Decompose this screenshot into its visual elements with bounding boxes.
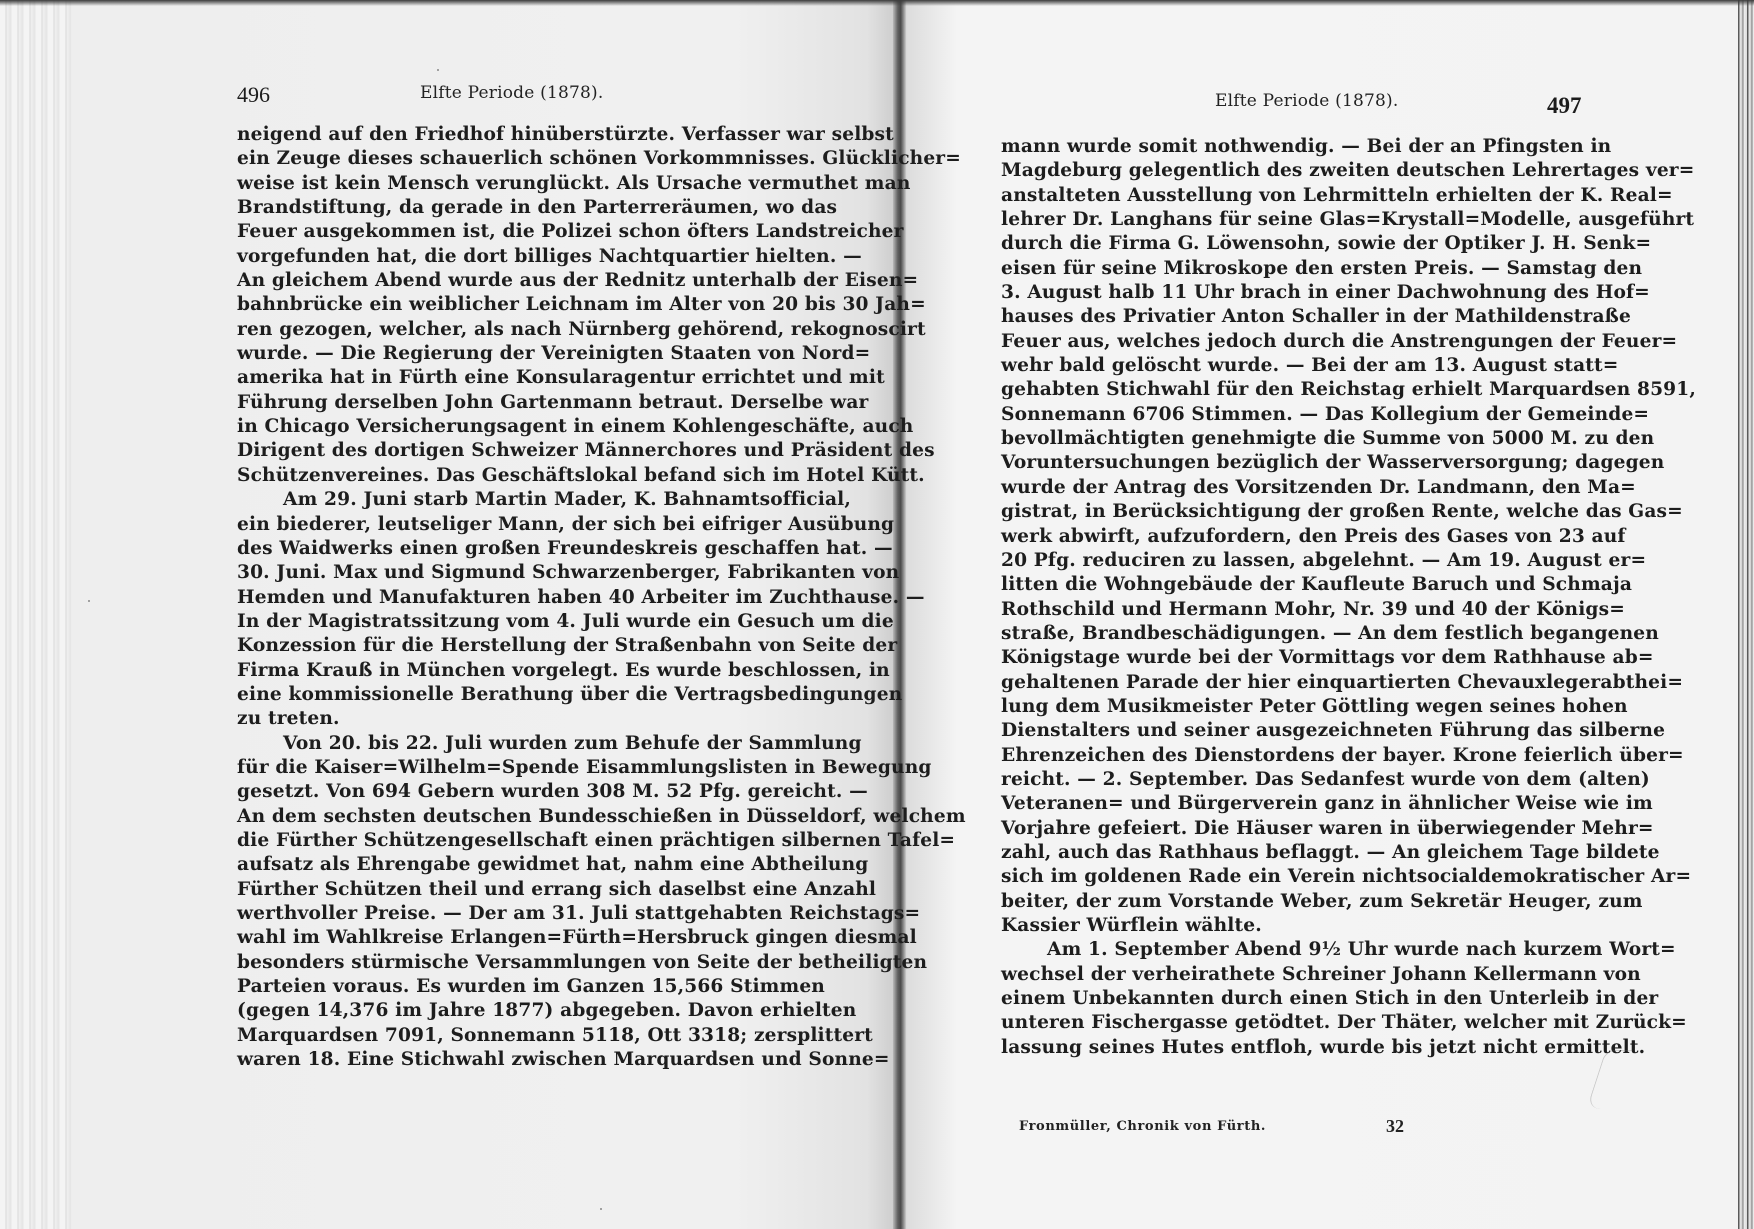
text-line: die Fürther Schützengesellschaft einen p… [237, 829, 787, 853]
text-line: lung dem Musikmeister Peter Göttling weg… [1001, 695, 1576, 719]
page-stack-edge [0, 0, 72, 1229]
text-line: aufsatz als Ehrengabe gewidmet hat, nahm… [237, 853, 787, 877]
text-line: eine kommissionelle Berathung über die V… [237, 683, 787, 707]
right-running-head: Elfte Periode (1878). [1215, 91, 1398, 111]
text-line: unteren Fischergasse getödtet. Der Thäte… [1001, 1011, 1576, 1035]
right-page-edge [1738, 0, 1754, 1229]
text-line: Konzession für die Herstellung der Straß… [237, 634, 787, 658]
text-line: reicht. — 2. September. Das Sedanfest wu… [1001, 768, 1576, 792]
text-line: gehabten Stichwahl für den Reichstag erh… [1001, 378, 1576, 402]
text-line: lehrer Dr. Langhans für seine Glas=Kryst… [1001, 208, 1576, 232]
text-line: Fürther Schützen theil und errang sich d… [237, 878, 787, 902]
text-line: 3. August halb 11 Uhr brach in einer Dac… [1001, 281, 1576, 305]
text-line: Dirigent des dortigen Schweizer Männerch… [237, 439, 787, 463]
text-line: zu treten. [237, 707, 787, 731]
text-line: eisen für seine Mikroskope den ersten Pr… [1001, 257, 1576, 281]
text-line: einem Unbekannten durch einen Stich in d… [1001, 987, 1576, 1011]
text-line: Veteranen= und Bürgerverein ganz in ähnl… [1001, 792, 1576, 816]
text-line: weise ist kein Mensch verunglückt. Als U… [237, 172, 787, 196]
text-line: In der Magistratssitzung vom 4. Juli wur… [237, 610, 787, 634]
text-line: Brandstiftung, da gerade in den Parterre… [237, 196, 787, 220]
text-line: Kassier Würflein wählte. [1001, 914, 1576, 938]
text-line: Am 1. September Abend 9½ Uhr wurde nach … [1001, 938, 1576, 962]
text-line: Dienstalters und seiner ausgezeichneten … [1001, 719, 1576, 743]
text-line: lassung seines Hutes entfloh, wurde bis … [1001, 1036, 1576, 1060]
text-line: straße, Brandbeschädigungen. — An dem fe… [1001, 622, 1576, 646]
text-line: (gegen 14,376 im Jahre 1877) abgegeben. … [237, 999, 787, 1023]
scan-speck [600, 1208, 602, 1210]
footer-signature-line: Fronmüller, Chronik von Fürth. [1019, 1119, 1266, 1134]
text-line: wahl im Wahlkreise Erlangen=Fürth=Hersbr… [237, 926, 787, 950]
text-line: Am 29. Juni starb Martin Mader, K. Bahna… [237, 488, 787, 512]
text-line: werthvoller Preise. — Der am 31. Juli st… [237, 902, 787, 926]
text-line: Von 20. bis 22. Juli wurden zum Behufe d… [237, 732, 787, 756]
text-line: bevollmächtigten genehmigte die Summe vo… [1001, 427, 1576, 451]
text-line: Hemden und Manufakturen haben 40 Arbeite… [237, 586, 787, 610]
text-line: Schützenvereines. Das Geschäftslokal bef… [237, 464, 787, 488]
text-line: beiter, der zum Vorstande Weber, zum Sek… [1001, 890, 1576, 914]
text-line: Voruntersuchungen bezüglich der Wasserve… [1001, 451, 1576, 475]
text-line: ein biederer, leutseliger Mann, der sich… [237, 513, 787, 537]
text-line: Vorjahre gefeiert. Die Häuser waren in ü… [1001, 817, 1576, 841]
text-line: amerika hat in Fürth eine Konsularagentu… [237, 366, 787, 390]
text-line: wechsel der verheirathete Schreiner Joha… [1001, 963, 1576, 987]
text-line: anstalteten Ausstellung von Lehrmitteln … [1001, 184, 1576, 208]
right-page-body: mann wurde somit nothwendig. — Bei der a… [1001, 135, 1576, 1060]
text-line: Königstage wurde bei der Vormittags vor … [1001, 646, 1576, 670]
text-line: Sonnemann 6706 Stimmen. — Das Kollegium … [1001, 403, 1576, 427]
text-line: durch die Firma G. Löwensohn, sowie der … [1001, 232, 1576, 256]
text-line: wurde. — Die Regierung der Vereinigten S… [237, 342, 787, 366]
text-line: Parteien voraus. Es wurden im Ganzen 15,… [237, 975, 787, 999]
text-line: des Waidwerks einen großen Freundeskreis… [237, 537, 787, 561]
text-line: Magdeburg gelegentlich des zweiten deuts… [1001, 159, 1576, 183]
text-line: 30. Juni. Max und Sigmund Schwarzenberge… [237, 561, 787, 585]
text-line: Marquardsen 7091, Sonnemann 5118, Ott 33… [237, 1024, 787, 1048]
text-line: zahl, auch das Rathhaus beflaggt. — An g… [1001, 841, 1576, 865]
text-line: An gleichem Abend wurde aus der Rednitz … [237, 269, 787, 293]
text-line: Rothschild und Hermann Mohr, Nr. 39 und … [1001, 598, 1576, 622]
right-page-number: 497 [1547, 93, 1582, 119]
left-page-body: neigend auf den Friedhof hinüberstürzte.… [237, 123, 787, 1072]
text-line: ren gezogen, welcher, als nach Nürnberg … [237, 318, 787, 342]
text-line: Ehrenzeichen des Dienstordens der bayer.… [1001, 744, 1576, 768]
text-line: vorgefunden hat, die dort billiges Nacht… [237, 245, 787, 269]
text-line: litten die Wohngebäude der Kaufleute Bar… [1001, 573, 1576, 597]
text-line: bahnbrücke ein weiblicher Leichnam im Al… [237, 293, 787, 317]
text-line: wurde der Antrag des Vorsitzenden Dr. La… [1001, 476, 1576, 500]
left-page-number: 496 [237, 82, 270, 108]
text-line: sich im goldenen Rade ein Verein nichtso… [1001, 865, 1576, 889]
scan-speck [88, 600, 90, 602]
text-line: ein Zeuge dieses schauerlich schönen Vor… [237, 147, 787, 171]
text-line: waren 18. Eine Stichwahl zwischen Marqua… [237, 1048, 787, 1072]
text-line: wehr bald gelöscht wurde. — Bei der am 1… [1001, 354, 1576, 378]
text-line: gehaltenen Parade der hier einquartierte… [1001, 671, 1576, 695]
text-line: Feuer ausgekommen ist, die Polizei schon… [237, 220, 787, 244]
text-line: gistrat, in Berücksichtigung der großen … [1001, 500, 1576, 524]
text-line: werk abwirft, aufzufordern, den Preis de… [1001, 525, 1576, 549]
text-line: für die Kaiser=Wilhelm=Spende Eisammlung… [237, 756, 787, 780]
left-running-head: Elfte Periode (1878). [420, 83, 603, 103]
text-line: besonders stürmische Versammlungen von S… [237, 951, 787, 975]
footer-signature-mark: 32 [1386, 1116, 1404, 1137]
scan-speck [437, 69, 439, 71]
text-line: hauses des Privatier Anton Schaller in d… [1001, 305, 1576, 329]
text-line: in Chicago Versicherungsagent in einem K… [237, 415, 787, 439]
text-line: An dem sechsten deutschen Bundesschießen… [237, 805, 787, 829]
text-line: neigend auf den Friedhof hinüberstürzte.… [237, 123, 787, 147]
text-line: gesetzt. Von 694 Gebern wurden 308 M. 52… [237, 780, 787, 804]
book-spread: 496 Elfte Periode (1878). neigend auf de… [0, 0, 1754, 1229]
text-line: Feuer aus, welches jedoch durch die Anst… [1001, 330, 1576, 354]
scan-top-shadow [0, 0, 1754, 6]
text-line: 20 Pfg. reduciren zu lassen, abgelehnt. … [1001, 549, 1576, 573]
text-line: mann wurde somit nothwendig. — Bei der a… [1001, 135, 1576, 159]
text-line: Firma Krauß in München vorgelegt. Es wur… [237, 659, 787, 683]
text-line: Führung derselben John Gartenmann betrau… [237, 391, 787, 415]
